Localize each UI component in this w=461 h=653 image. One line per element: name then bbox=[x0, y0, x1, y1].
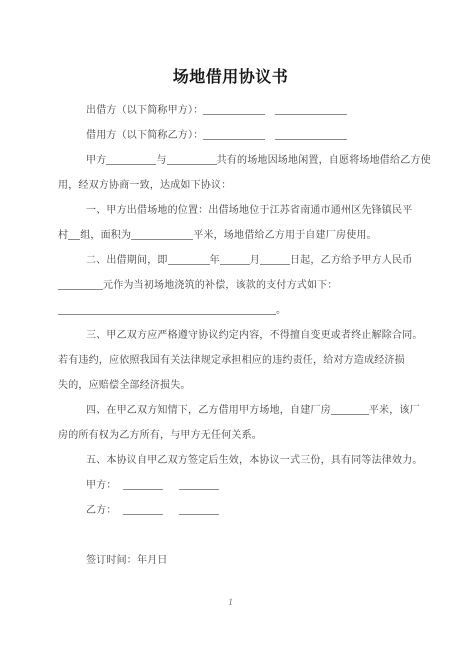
text-run: 用，经双方协商一致，达成如下协议： bbox=[58, 180, 231, 191]
blank-field bbox=[275, 103, 347, 115]
clause-4-line-2: 房的所有权为乙方所有，与甲方无任何关系。 bbox=[58, 423, 414, 448]
text-run: 四、在甲乙双方知情下，乙方借用甲方场地，自建厂房 bbox=[86, 405, 331, 416]
document-page: 场地借用协议书 出借方（以下简称甲方）：借用方（以下简称乙方）：甲方与共有的场地… bbox=[0, 0, 461, 653]
clause-2-payment-blank-line: 。 bbox=[58, 298, 414, 323]
blank-field bbox=[68, 228, 80, 240]
text-run: 年 bbox=[210, 255, 220, 266]
text-run: 五、本协议自甲乙双方签定后生效，本协议一式三份，具有同等法律效力。 bbox=[86, 455, 423, 466]
text-run: 村 bbox=[58, 230, 68, 241]
text-run: 。 bbox=[276, 305, 286, 316]
text-run: 甲方： bbox=[86, 480, 117, 491]
text-run: 一、甲方出借场地的位置：出借场地位于江苏省南通市通州区先锋镇民平 bbox=[86, 205, 412, 216]
text-run: 出借方（以下简称甲方）： bbox=[86, 105, 203, 116]
text-run: 若有违约，应依照我国有关法律规定承担相应的违约责任，给对方造成经济损 bbox=[58, 355, 405, 366]
page-number: 1 bbox=[0, 597, 461, 607]
text-run: 签订时间：年月日 bbox=[86, 555, 168, 566]
preamble-line-2: 用，经双方协商一致，达成如下协议： bbox=[58, 173, 414, 198]
clause-1-line-2: 村组，面积为平米，场地借给乙方用于自建厂房使用。 bbox=[58, 223, 414, 248]
blank-field bbox=[123, 503, 163, 515]
blank-field bbox=[260, 253, 290, 265]
blank-field bbox=[220, 253, 250, 265]
preamble-line-1: 甲方与共有的场地因场地闲置，自愿将场地借给乙方使 bbox=[58, 148, 414, 173]
text-run: 房的所有权为乙方所有，与甲方无任何关系。 bbox=[58, 430, 262, 441]
text-run: 月 bbox=[250, 255, 260, 266]
blank-field bbox=[58, 303, 276, 315]
spacer bbox=[265, 112, 275, 113]
text-run: 平米，该厂 bbox=[369, 405, 420, 416]
signing-date-line: 签订时间：年月日 bbox=[58, 548, 414, 573]
party-a-signature-line: 甲方： bbox=[58, 473, 414, 498]
text-run: 元作为当初场地浇筑的补偿，该款的支付方式如下： bbox=[103, 280, 338, 291]
document-title: 场地借用协议书 bbox=[0, 66, 461, 90]
blank-field bbox=[179, 503, 219, 515]
text-run: 乙方： bbox=[86, 505, 117, 516]
blank-field bbox=[131, 228, 193, 240]
clause-3-line-3: 失的，应赔偿全部经济损失。 bbox=[58, 373, 414, 398]
blank-field bbox=[167, 153, 217, 165]
borrower-line: 借用方（以下简称乙方）： bbox=[58, 123, 414, 148]
clause-3-line-2: 若有违约，应依照我国有关法律规定承担相应的违约责任，给对方造成经济损 bbox=[58, 348, 414, 373]
text-run: 失的，应赔偿全部经济损失。 bbox=[58, 380, 191, 391]
blank-field bbox=[123, 478, 163, 490]
spacer bbox=[163, 512, 179, 513]
text-run: 共有的场地因场地闲置，自愿将场地借给乙方使 bbox=[217, 155, 431, 166]
blank-field bbox=[168, 253, 210, 265]
clause-3-line-1: 三、甲乙双方应严格遵守协议约定内容，不得擅自变更或者终止解除合同。 bbox=[58, 323, 414, 348]
lessor-line: 出借方（以下简称甲方）： bbox=[58, 98, 414, 123]
clause-5-line-1: 五、本协议自甲乙双方签定后生效，本协议一式三份，具有同等法律效力。 bbox=[58, 448, 414, 473]
party-b-signature-line: 乙方： bbox=[58, 498, 414, 523]
text-run: 甲方 bbox=[86, 155, 106, 166]
blank-spacer-line bbox=[58, 523, 414, 548]
spacer bbox=[265, 137, 275, 138]
clause-2-line-2: 元作为当初场地浇筑的补偿，该款的支付方式如下： bbox=[58, 273, 414, 298]
text-run: 三、甲乙双方应严格遵守协议约定内容，不得擅自变更或者终止解除合同。 bbox=[86, 330, 423, 341]
blank-field bbox=[106, 153, 156, 165]
document-body: 出借方（以下简称甲方）：借用方（以下简称乙方）：甲方与共有的场地因场地闲置，自愿… bbox=[58, 98, 414, 573]
blank-field bbox=[275, 128, 347, 140]
blank-field bbox=[179, 478, 219, 490]
blank-field bbox=[58, 278, 103, 290]
clause-4-line-1: 四、在甲乙双方知情下，乙方借用甲方场地，自建厂房平米，该厂 bbox=[58, 398, 414, 423]
blank-field bbox=[331, 403, 369, 415]
text-run: 组，面积为 bbox=[80, 230, 131, 241]
text-run: 借用方（以下简称乙方）： bbox=[86, 130, 203, 141]
blank-field bbox=[203, 128, 265, 140]
text-run: 二、出借期间，即 bbox=[86, 255, 168, 266]
clause-2-line-1: 二、出借期间，即年月日起，乙方给予甲方人民币 bbox=[58, 248, 414, 273]
spacer bbox=[163, 487, 179, 488]
text-run: 平米，场地借给乙方用于自建厂房使用。 bbox=[193, 230, 377, 241]
blank-field bbox=[203, 103, 265, 115]
text-run: 与 bbox=[156, 155, 166, 166]
text-run: 日起，乙方给予甲方人民币 bbox=[290, 255, 412, 266]
clause-1-line-1: 一、甲方出借场地的位置：出借场地位于江苏省南通市通州区先锋镇民平 bbox=[58, 198, 414, 223]
